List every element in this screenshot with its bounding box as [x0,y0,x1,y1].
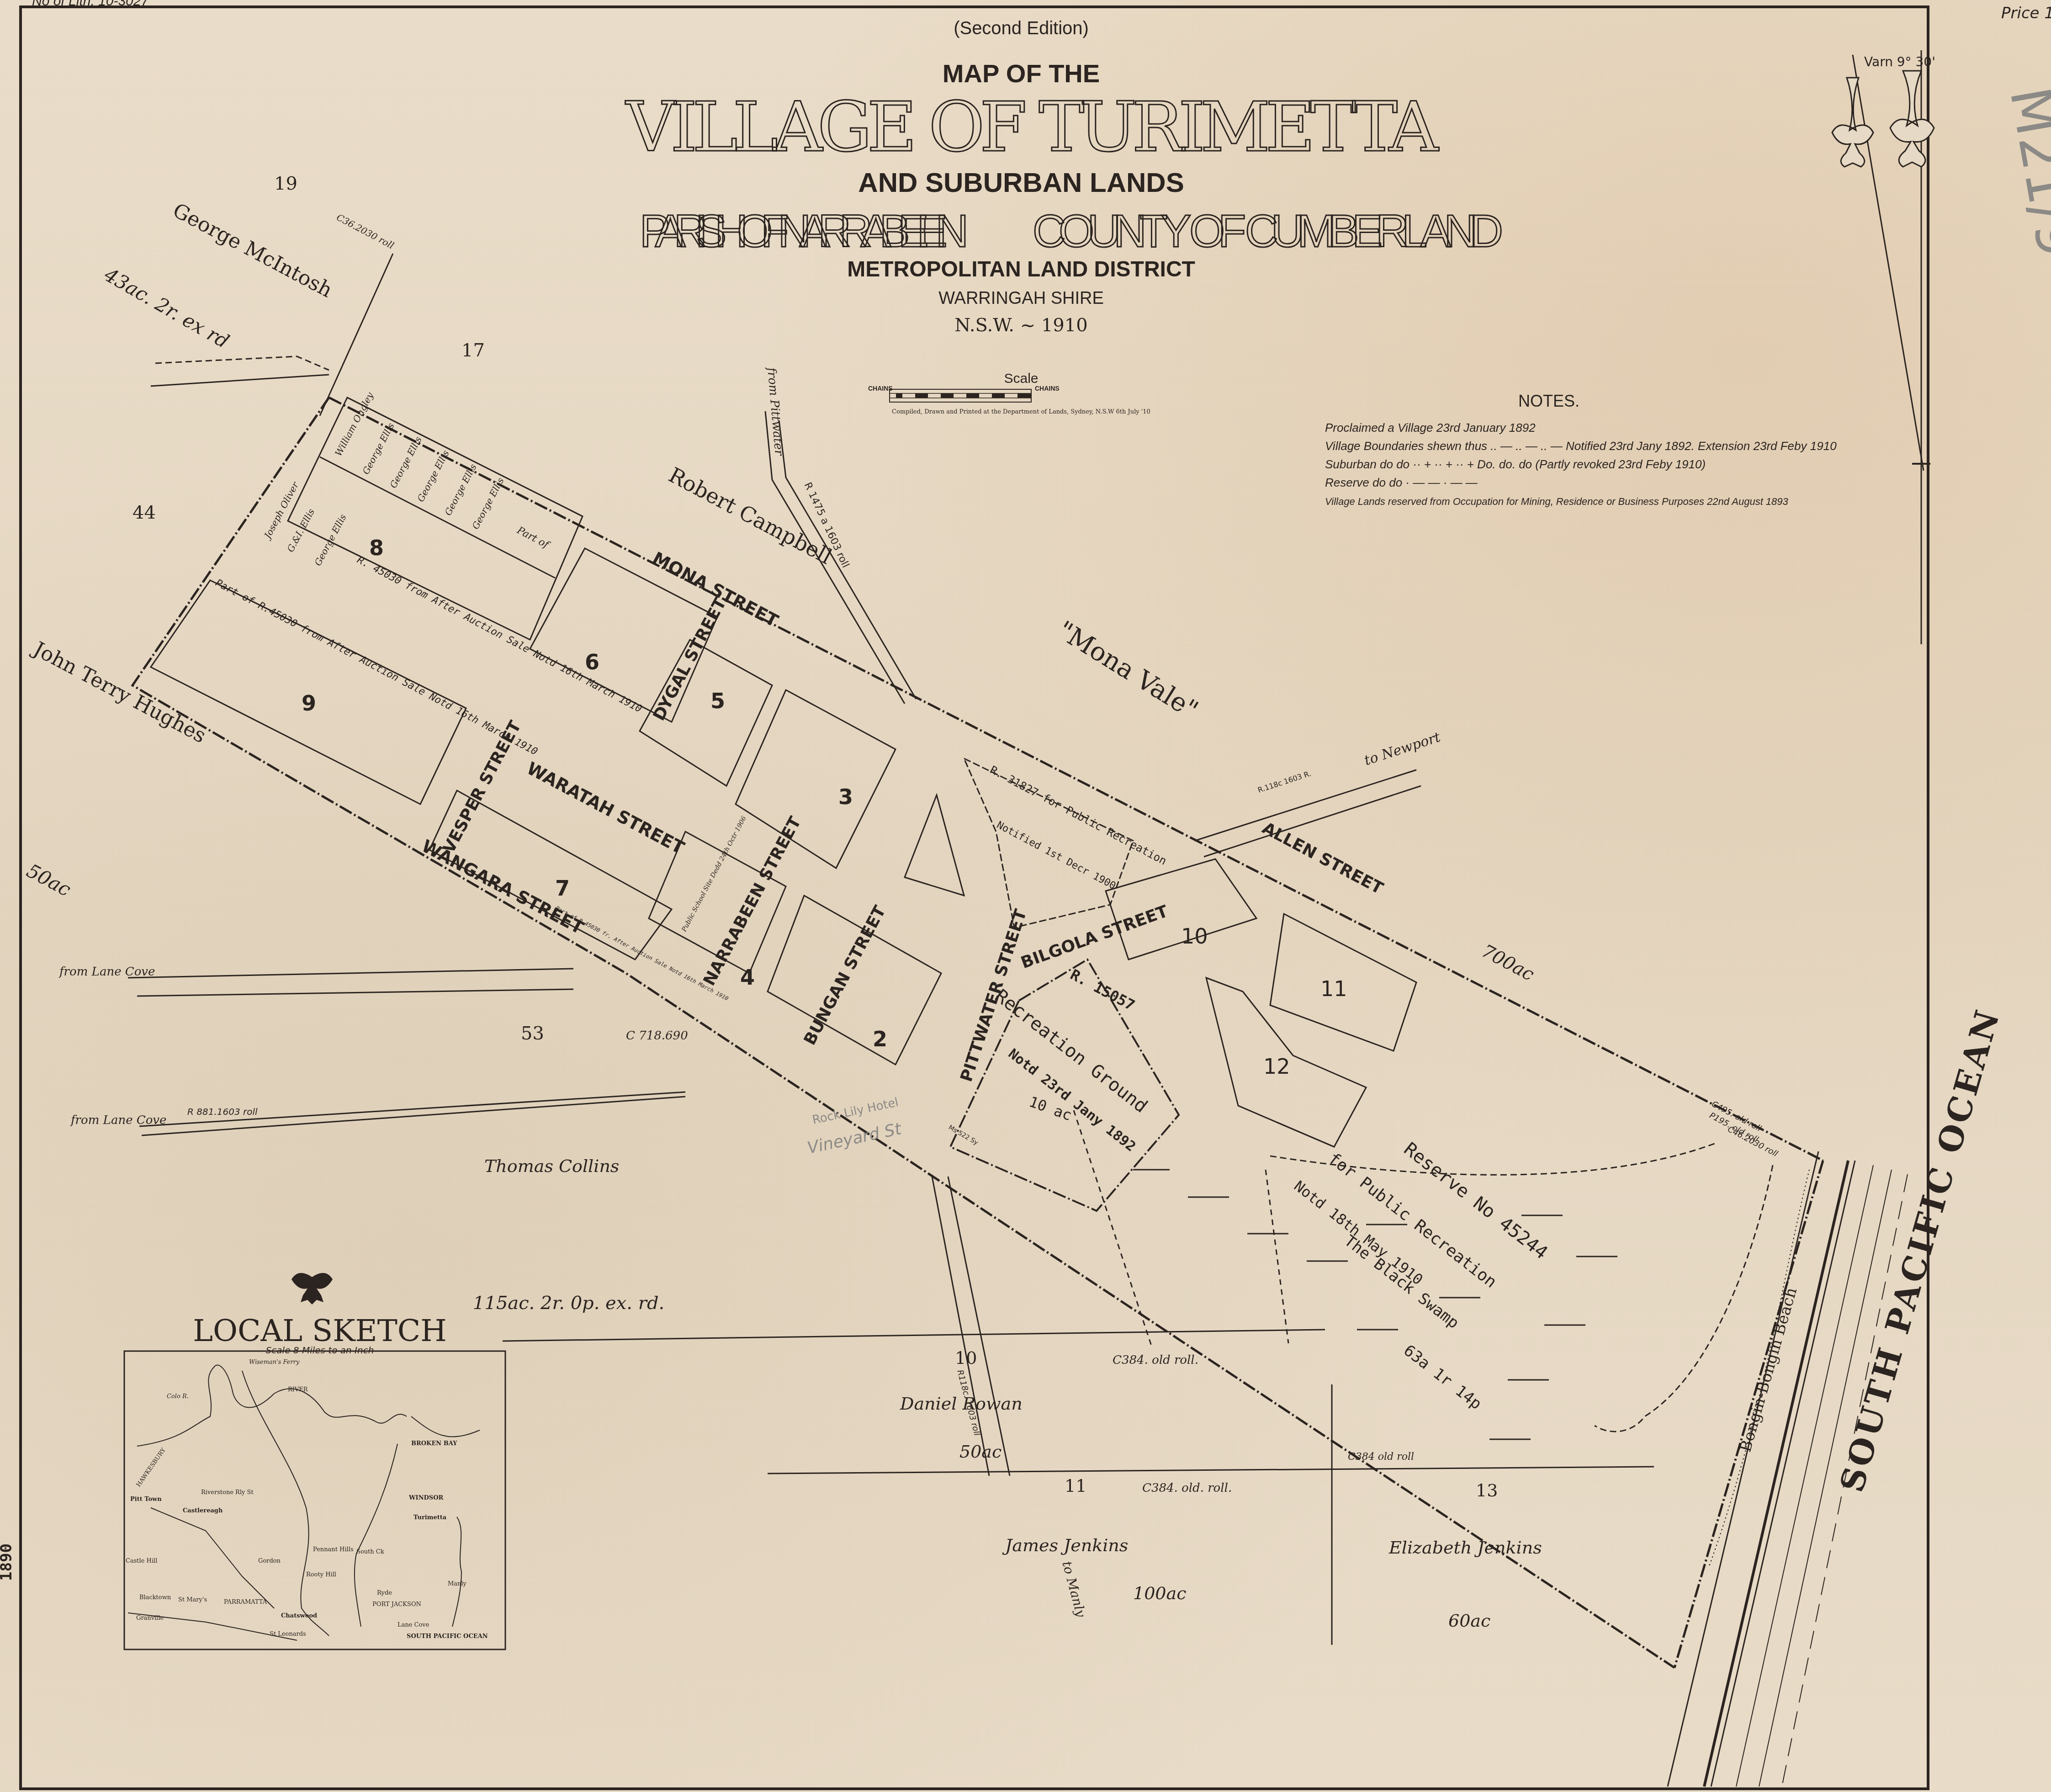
sketch-place-chatswood: Ryde [377,1590,392,1596]
state-year-label: N.S.W. ~ 1910 [954,315,1087,336]
sketch-place-pitt-town: Riverstone Rly St [201,1489,254,1496]
sketch-place-gordon: South Ck [356,1548,384,1555]
lot-8-13-owner: G.&I. Ellis [285,507,317,554]
lot-8-3-owner: George Ellis [387,435,424,490]
portion-labels: 19 George McIntosh 43ac. 2r. ex rd C36.2… [23,173,1542,1631]
sketch-place-sydney: SOUTH PACIFIC OCEAN [407,1633,488,1640]
notes-heading: NOTES. [1518,392,1579,410]
portion-11-owner: James Jenkins [1002,1535,1128,1555]
variation-label: Varn 9° 30' [1864,54,1935,69]
portion-10-owner: Daniel Rowan [900,1394,1023,1414]
portion-53-area: 115ac. 2r. 0p. ex. rd. [473,1293,664,1314]
sketch-place-turimetta: Turimetta [413,1514,447,1521]
street-bilgola: BILGOLA STREET [1018,902,1171,973]
portion-53-number: 53 [521,1023,544,1044]
road-ref-3: R 881.1603 roll [187,1106,258,1117]
portion-13-ref: C384 old roll [1348,1451,1414,1463]
ocean-label: SOUTH PACIFIC OCEAN [1832,1003,2008,1496]
lot-8-2-owner: George Ellis [360,421,397,476]
sketch-place-windsor: Castlereagh [183,1507,223,1514]
title-block: (Second Edition) MAP OF THE VILLAGE OF T… [625,18,1503,336]
portion-19-number: 19 [274,173,297,194]
section-9: 9 [302,691,316,716]
sketch-place-river: RIVER [288,1386,308,1393]
side-stamp: 1890 [0,1543,16,1581]
section-6: 6 [585,650,599,674]
lith-number: No of Lith. 10-3027 [32,0,149,9]
portion-10-number: 10 [955,1348,977,1368]
portion-13-area: 60ac [1448,1611,1490,1631]
sketch-place-newport: WINDSOR [408,1495,444,1501]
street-waratah: WARATAH STREET [524,758,688,858]
reserve-45244-label: Reserve No 45244 [1400,1139,1552,1263]
note-line-4: Reserve do do · — — · — — [1325,476,1478,489]
portion-11-number: 11 [1065,1476,1086,1496]
sketch-place-manly: Manly [448,1580,467,1587]
from-pittwater-label: from Pittwater [764,366,786,457]
sketch-place-rooty-hill: St Mary's [178,1596,207,1603]
sketch-place-parramatta: Chatswood [281,1612,317,1619]
mona-vale-label: "Mona Vale" [1052,615,1203,725]
scale-unit-left: CHAINS [868,385,893,392]
portion-11-area: 100ac [1133,1583,1186,1603]
sketch-place-castlereagh: Castle Hill [126,1558,157,1564]
portion-17-owner: Robert Campbell [665,462,836,569]
road-labels: from Pittwater R 1475 a 1603 roll to New… [58,366,1443,1619]
pencil-reference: M21/9 [1997,83,2051,261]
lot-8-12-owner: George Ellis [312,512,349,567]
lot-8-5-owner: George Ellis [442,462,479,517]
portion-53-ref: C 718.690 [626,1029,688,1043]
portion-19-area: 43ac. 2r. ex rd [100,263,233,353]
street-labels: MONA STREET WARATAH STREET WANGARA STREE… [419,548,1386,1084]
sketch-place-richmond: Pitt Town [130,1496,162,1503]
scale-bar: Scale CHAINS CHAINS Compiled, Drawn and … [868,371,1150,415]
mona-vale-area: 700ac [1478,940,1537,985]
scale-label: Scale [1004,371,1038,386]
note-line-1: Proclaimed a Village 23rd January 1892 [1325,421,1536,435]
reserve-45244-notified: Notd 18th May 1910 [1291,1177,1426,1288]
section-7: 7 [555,876,570,901]
from-lane-cove-2: from Lane Cove [70,1113,166,1127]
sketch-north-fleur-icon [291,1250,333,1304]
district-label: METROPOLITAN LAND DISTRICT [847,257,1195,281]
road-ref-2: R.118c 1603 R. [1256,769,1312,795]
section-3: 3 [838,785,853,809]
map-of-the-label: MAP OF THE [943,59,1100,88]
portion-10-area: 50ac [959,1442,1002,1462]
to-manly-label: to Manly [1059,1559,1089,1619]
to-newport-label: to Newport [1362,729,1443,769]
sketch-place-granville: St Leonards [270,1631,306,1638]
map-canvas: No of Lith. 10-3027 Price 1/- M21/9 1890… [0,0,2051,1792]
lot-8-4-owner: George Ellis [415,448,451,504]
reserve-labels: R. 31827 for Public Recreation Notified … [947,763,1779,1414]
magnetic-north-fleur-icon [1832,78,1873,167]
sketch-place-colo: Colo R. [167,1393,189,1400]
sketch-place-castle-hill: Gordon [258,1558,281,1564]
note-line-5: Village Lands reserved from Occupation f… [1325,496,1789,507]
sketch-place-hornsby: Pennant Hills [313,1546,354,1553]
section-2: 2 [873,1027,887,1051]
local-sketch: LOCAL SKETCH Scale 8 Miles to an Inch Wi… [124,1250,505,1649]
village-title: VILLAGE OF TURIMETTA [625,88,1448,167]
coast-labels: Bongin-Bongin Beach SOUTH PACIFIC OCEAN [1736,1003,2008,1496]
portion-44-owner: John Terry Hughes [28,636,210,748]
portion-17-number: 17 [461,340,485,361]
sketch-place-st-marys: Granville [136,1615,164,1622]
lot-8-6-owner: George Ellis [470,476,506,531]
notes-block: NOTES. Proclaimed a Village 23rd January… [1325,392,1837,507]
portion-13-number: 13 [1476,1480,1498,1500]
imprint-label: Compiled, Drawn and Printed at the Depar… [892,408,1150,415]
sketch-place-port-jackson: Lane Cove [397,1622,429,1628]
section-5: 5 [710,689,725,713]
note-line-3: Suburban do do ·· + ·· + ·· + Do. do. do… [1325,457,1706,471]
parish-title: PARISH OF NARRABEEN [640,206,969,257]
portion-19-ref: C36.2030 roll [335,212,396,251]
shire-label: WARRINGAH SHIRE [938,289,1104,308]
section-10: 10 [1181,924,1208,949]
section-9-reserve-note: Part of R.45030 from After Auction Sale … [213,577,539,758]
sketch-place-blacktown: PARRAMATTA [224,1599,267,1606]
section-7-reserve-note: Part of R.45030 fr. After Auction Sale N… [555,905,730,1002]
portion-44-area: 50ac [23,859,74,901]
section-8: 8 [369,535,384,560]
from-lane-cove-1: from Lane Cove [58,965,155,979]
section-11: 11 [1320,976,1347,1001]
street-narrabeen: NARRABEEN STREET [700,813,805,989]
sketch-place-st-leonards: PORT JACKSON [372,1601,421,1608]
beach-label: Bongin-Bongin Beach [1736,1285,1801,1454]
reserve-15057-label: R. 15057 [1067,966,1138,1014]
sketch-place-broken-bay: BROKEN BAY [411,1440,457,1447]
street-allen: ALLEN STREET [1259,819,1386,898]
sketch-place-wisemans-ferry: Wiseman's Ferry [249,1359,300,1366]
section-12: 12 [1263,1054,1290,1079]
price-label: Price 1/- [2001,4,2051,22]
swamp-symbols [1133,1170,1617,1439]
local-sketch-scale: Scale 8 Miles to an Inch [266,1345,374,1356]
local-sketch-title: LOCAL SKETCH [193,1313,447,1348]
note-line-2: Village Boundaries shewn thus .. — .. — … [1325,439,1837,453]
edition-label: (Second Edition) [954,18,1089,38]
north-arrow: Varn 9° 30' [1832,50,1935,644]
sketch-place-hawkesbury: HAWKESBURY [135,1447,167,1488]
suburban-lands-label: AND SUBURBAN LANDS [858,167,1184,198]
sketch-place-south-ck: Blacktown [139,1594,171,1601]
reserve-31827-label: R. 31827 for Public Recreation [988,763,1169,868]
section-4: 4 [740,965,755,990]
lot-8-7-owner: Part of [514,525,552,551]
scale-unit-right: CHAINS [1035,385,1060,392]
portion-53-owner: Thomas Collins [484,1156,619,1176]
portion-11-ref: C384. old. roll. [1142,1481,1232,1495]
county-title: COUNTY OF CUMBERLAND [1033,206,1503,257]
portion-44-number: 44 [132,502,156,523]
sketch-place-pennant-hills: Rooty Hill [306,1571,336,1578]
section-8-reserve-note: R. 45030 from After Auction Sale Notd 16… [355,554,644,715]
portion-19-owner: George McIntosh [169,199,336,302]
portion-10-ref: C384. old roll. [1113,1353,1198,1367]
portion-13-owner: Elizabeth Jenkins [1389,1538,1542,1558]
reserve-45244-area: 63a 1r 14p [1400,1341,1485,1414]
